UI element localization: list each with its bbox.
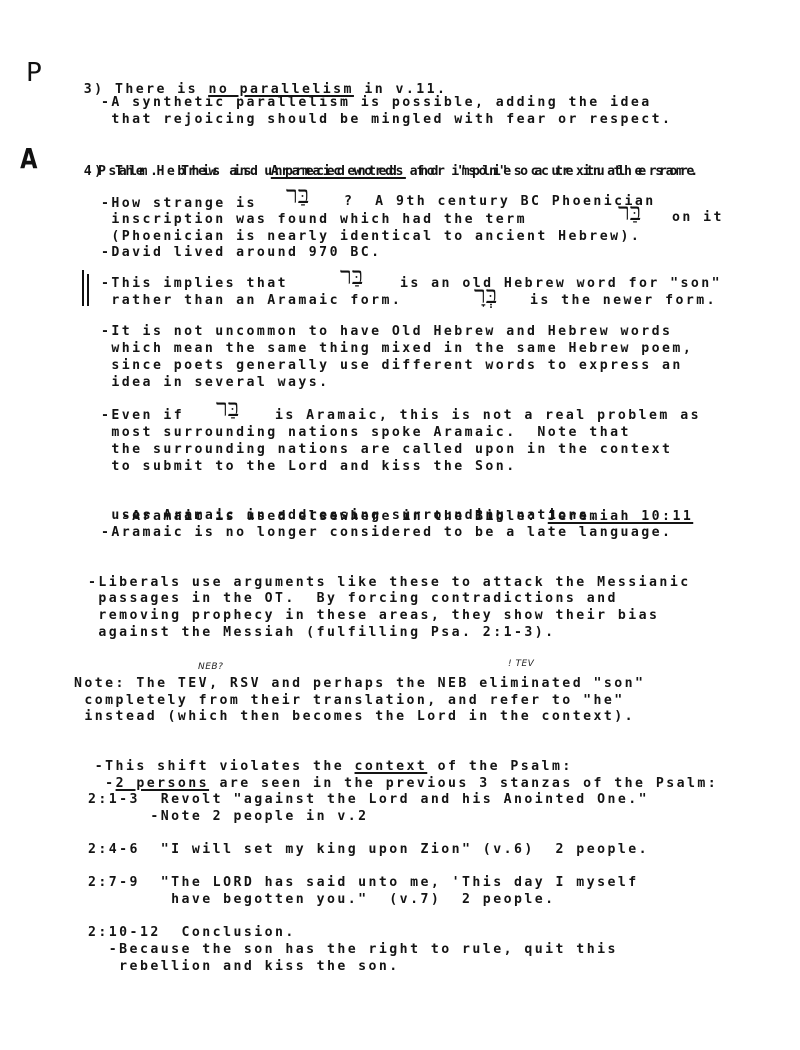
hebrew-word-alt: בְּרָ <box>474 283 497 307</box>
even-if-line: -Even if <box>101 407 184 424</box>
margin-double-bar <box>87 274 89 306</box>
note-line-1: Note: The TEV, RSV and perhaps the NEB e… <box>74 675 645 692</box>
rather-line: rather than an Aramaic form. <box>101 292 402 309</box>
uncommon-line-1: -It is not uncommon to have Old Hebrew a… <box>101 323 672 340</box>
section-3-sub-line-2: that rejoicing should be mingled with fe… <box>101 111 672 128</box>
handwritten-annotation: NEB? <box>198 662 223 672</box>
hebrew-word: בַּר <box>618 200 641 224</box>
how-strange-line: -How strange is <box>101 195 257 212</box>
stanza-4-line-3: rebellion and kiss the son. <box>88 958 400 975</box>
margin-mark-p: P <box>26 58 42 88</box>
underlined-phrase: 2 persons <box>116 776 210 791</box>
even-if-line-4: to submit to the Lord and kiss the Son. <box>101 458 517 475</box>
even-if-line-cont: is Aramaic, this is not a real problem a… <box>275 407 701 424</box>
inscription-line-cont: on it <box>672 209 724 226</box>
hebrew-word: בַּר <box>286 183 309 207</box>
stanza-1-line-1: 2:1-3 Revolt "against the Lord and his A… <box>88 791 649 808</box>
uncommon-line-3: since poets generally use different word… <box>101 357 683 374</box>
hebrew-word: בַּר <box>340 264 363 288</box>
how-strange-line-cont: ? A 9th century BC Phoenician <box>344 193 656 210</box>
handwritten-annotation: ! TEV <box>508 659 534 669</box>
stanza-4-line-2: -Because the son has the right to rule, … <box>88 941 618 958</box>
liberals-line-1: -Liberals use arguments like these to at… <box>88 574 691 591</box>
inscription-line: inscription was found which had the term <box>101 211 527 228</box>
hebrew-word: בַּר <box>216 396 239 420</box>
phoenician-line: (Phoenician is nearly identical to ancie… <box>101 228 641 245</box>
margin-double-bar <box>82 270 84 306</box>
text: - <box>95 776 116 791</box>
liberals-line-2: passages in the OT. By forcing contradic… <box>88 590 618 607</box>
stanza-4-line-1: 2:10-12 Conclusion. <box>88 924 296 941</box>
note-line-2: completely from their translation, and r… <box>74 692 625 709</box>
section-4-line-2: Psalm. This is unprecedented and implies… <box>98 163 701 180</box>
david-line: -David lived around 970 BC. <box>101 244 382 261</box>
uncommon-line-2: which mean the same thing mixed in the s… <box>101 340 693 357</box>
aramaic-line-3: -Aramaic is no longer considered to be a… <box>101 524 672 541</box>
even-if-line-2: most surrounding nations spoke Aramaic. … <box>101 424 631 441</box>
liberals-line-4: against the Messiah (fulfilling Psa. 2:1… <box>88 624 556 641</box>
stanza-2-line-1: 2:4-6 "I will set my king upon Zion" (v.… <box>88 841 649 858</box>
margin-mark-a: A <box>20 142 37 175</box>
stanza-3-line-2: have begotten you." (v.7) 2 people. <box>88 891 556 908</box>
implies-line-cont: is an old Hebrew word for "son" <box>400 275 722 292</box>
even-if-line-3: the surrounding nations are called upon … <box>101 441 672 458</box>
stanza-3-line-1: 2:7-9 "The LORD has said unto me, 'This … <box>88 874 639 891</box>
uncommon-line-4: idea in several ways. <box>101 374 330 391</box>
text: are seen in the previous 3 stanzas of th… <box>209 776 718 791</box>
section-3-sub-line-1: -A synthetic parallelism is possible, ad… <box>101 94 652 111</box>
rather-line-cont: is the newer form. <box>530 292 717 309</box>
section-3-heading: 3) There is no parallelism in v.11. <box>63 64 447 98</box>
implies-line: -This implies that <box>101 275 288 292</box>
note-line-3: instead (which then becomes the Lord in … <box>74 708 635 725</box>
shift-line-2: -2 persons are seen in the previous 3 st… <box>74 758 718 792</box>
aramaic-line-2: uses Aramaic in addressing surrounding n… <box>101 507 600 524</box>
liberals-line-3: removing prophecy in these areas, they s… <box>88 607 659 624</box>
stanza-1-line-2: -Note 2 people in v.2 <box>88 808 369 825</box>
